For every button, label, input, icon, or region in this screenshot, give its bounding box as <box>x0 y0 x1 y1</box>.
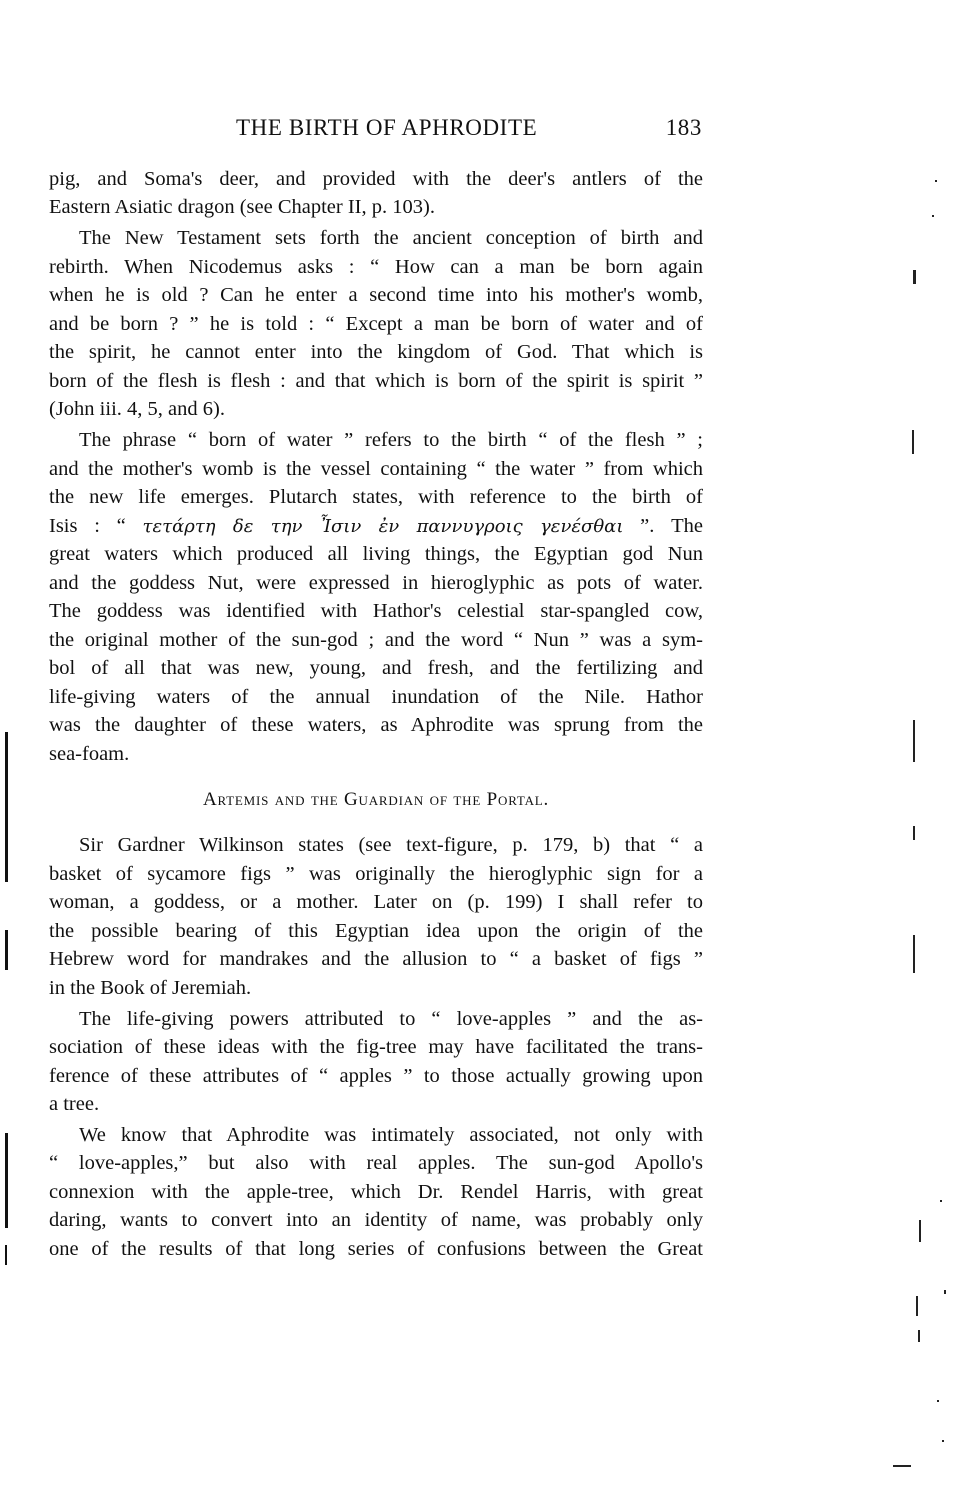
text-line: sociation of these ideas with the fig-tr… <box>49 1032 703 1062</box>
text-line: the spirit, he cannot enter into the kin… <box>49 337 703 367</box>
text-line: connexion with the apple-tree, which Dr.… <box>49 1177 703 1207</box>
text-line: (John iii. 4, 5, and 6). <box>49 394 703 424</box>
text-line: ference of these attributes of “ apples … <box>49 1061 703 1091</box>
scan-speck <box>893 1465 911 1467</box>
scan-speck <box>935 180 937 182</box>
text-line: The New Testament sets forth the ancient… <box>49 223 703 253</box>
text-line: the new life emerges. Plutarch states, w… <box>49 482 703 512</box>
text-line: daring, wants to convert into an identit… <box>49 1205 703 1235</box>
text-line: in the Book of Jeremiah. <box>49 973 703 1003</box>
running-title: THE BIRTH OF APHRODITE <box>236 115 537 141</box>
scan-speck <box>932 215 934 217</box>
text-line: born of the flesh is flesh : and that wh… <box>49 366 703 396</box>
page-number: 183 <box>666 115 702 141</box>
text-line: one of the results of that long series o… <box>49 1234 703 1264</box>
scan-speck <box>918 1330 920 1342</box>
text-line: The goddess was identified with Hathor's… <box>49 596 703 626</box>
text-line: a tree. <box>49 1089 703 1119</box>
text-line: when he is old ? Can he enter a second t… <box>49 280 703 310</box>
text-line: bol of all that was new, young, and fres… <box>49 653 703 683</box>
scan-speck <box>942 1440 944 1442</box>
text-line: the possible bearing of this Egyptian id… <box>49 916 703 946</box>
scan-speck <box>913 270 916 284</box>
text-line: and be born ? ” he is told : “ Except a … <box>49 309 703 339</box>
text-line: life-giving waters of the annual inundat… <box>49 682 703 712</box>
text-line: The phrase “ born of water ” refers to t… <box>49 425 703 455</box>
text-line: Hebrew word for mandrakes and the allusi… <box>49 944 703 974</box>
text-line: We know that Aphrodite was intimately as… <box>49 1120 703 1150</box>
scan-speck <box>913 935 915 973</box>
scan-speck <box>913 720 915 762</box>
running-head: THE BIRTH OF APHRODITE 183 <box>236 115 702 147</box>
text-line: pig, and Soma's deer, and provided with … <box>49 164 703 194</box>
scan-margin-mark <box>5 1245 7 1265</box>
scan-speck <box>940 1200 942 1202</box>
scan-speck <box>916 1296 918 1316</box>
text-line-isis: Isis : “ τετάρτη δε την Ἶσιν ἐν παννυγρο… <box>49 511 703 541</box>
text-line: the original mother of the sun-god ; and… <box>49 625 703 655</box>
book-page: THE BIRTH OF APHRODITE 183 pig, and Soma… <box>0 0 957 1492</box>
text-line: basket of sycamore figs ” was originally… <box>49 859 703 889</box>
text-line: “ love-apples,” but also with real apple… <box>49 1148 703 1178</box>
isis-prefix: Isis : “ <box>49 515 126 537</box>
text-line: rebirth. When Nicodemus asks : “ How can… <box>49 252 703 282</box>
scan-margin-mark <box>5 930 8 970</box>
text-line: The life-giving powers attributed to “ l… <box>49 1004 703 1034</box>
text-line: and the mother's womb is the vessel cont… <box>49 454 703 484</box>
text-line: Sir Gardner Wilkinson states (see text-f… <box>49 830 703 860</box>
scan-speck <box>937 1400 939 1402</box>
text-line: sea-foam. <box>49 739 703 769</box>
section-heading: Artemis and the Guardian of the Portal. <box>49 789 703 811</box>
scan-speck <box>919 1220 921 1242</box>
text-line: Eastern Asiatic dragon (see Chapter II, … <box>49 192 703 222</box>
text-line: great waters which produced all living t… <box>49 539 703 569</box>
text-line: and the goddess Nut, were expressed in h… <box>49 568 703 598</box>
scan-margin-mark <box>5 1133 8 1228</box>
isis-suffix: ”. The <box>640 515 703 537</box>
greek-quotation: τετάρτη δε την Ἶσιν ἐν παννυγροις γενέσθ… <box>143 516 624 537</box>
scan-speck <box>913 826 915 840</box>
text-line: was the daughter of these waters, as Aph… <box>49 710 703 740</box>
scan-margin-mark <box>5 732 8 882</box>
scan-speck <box>944 1290 946 1294</box>
scan-speck <box>912 430 914 454</box>
text-line: woman, a goddess, or a mother. Later on … <box>49 887 703 917</box>
